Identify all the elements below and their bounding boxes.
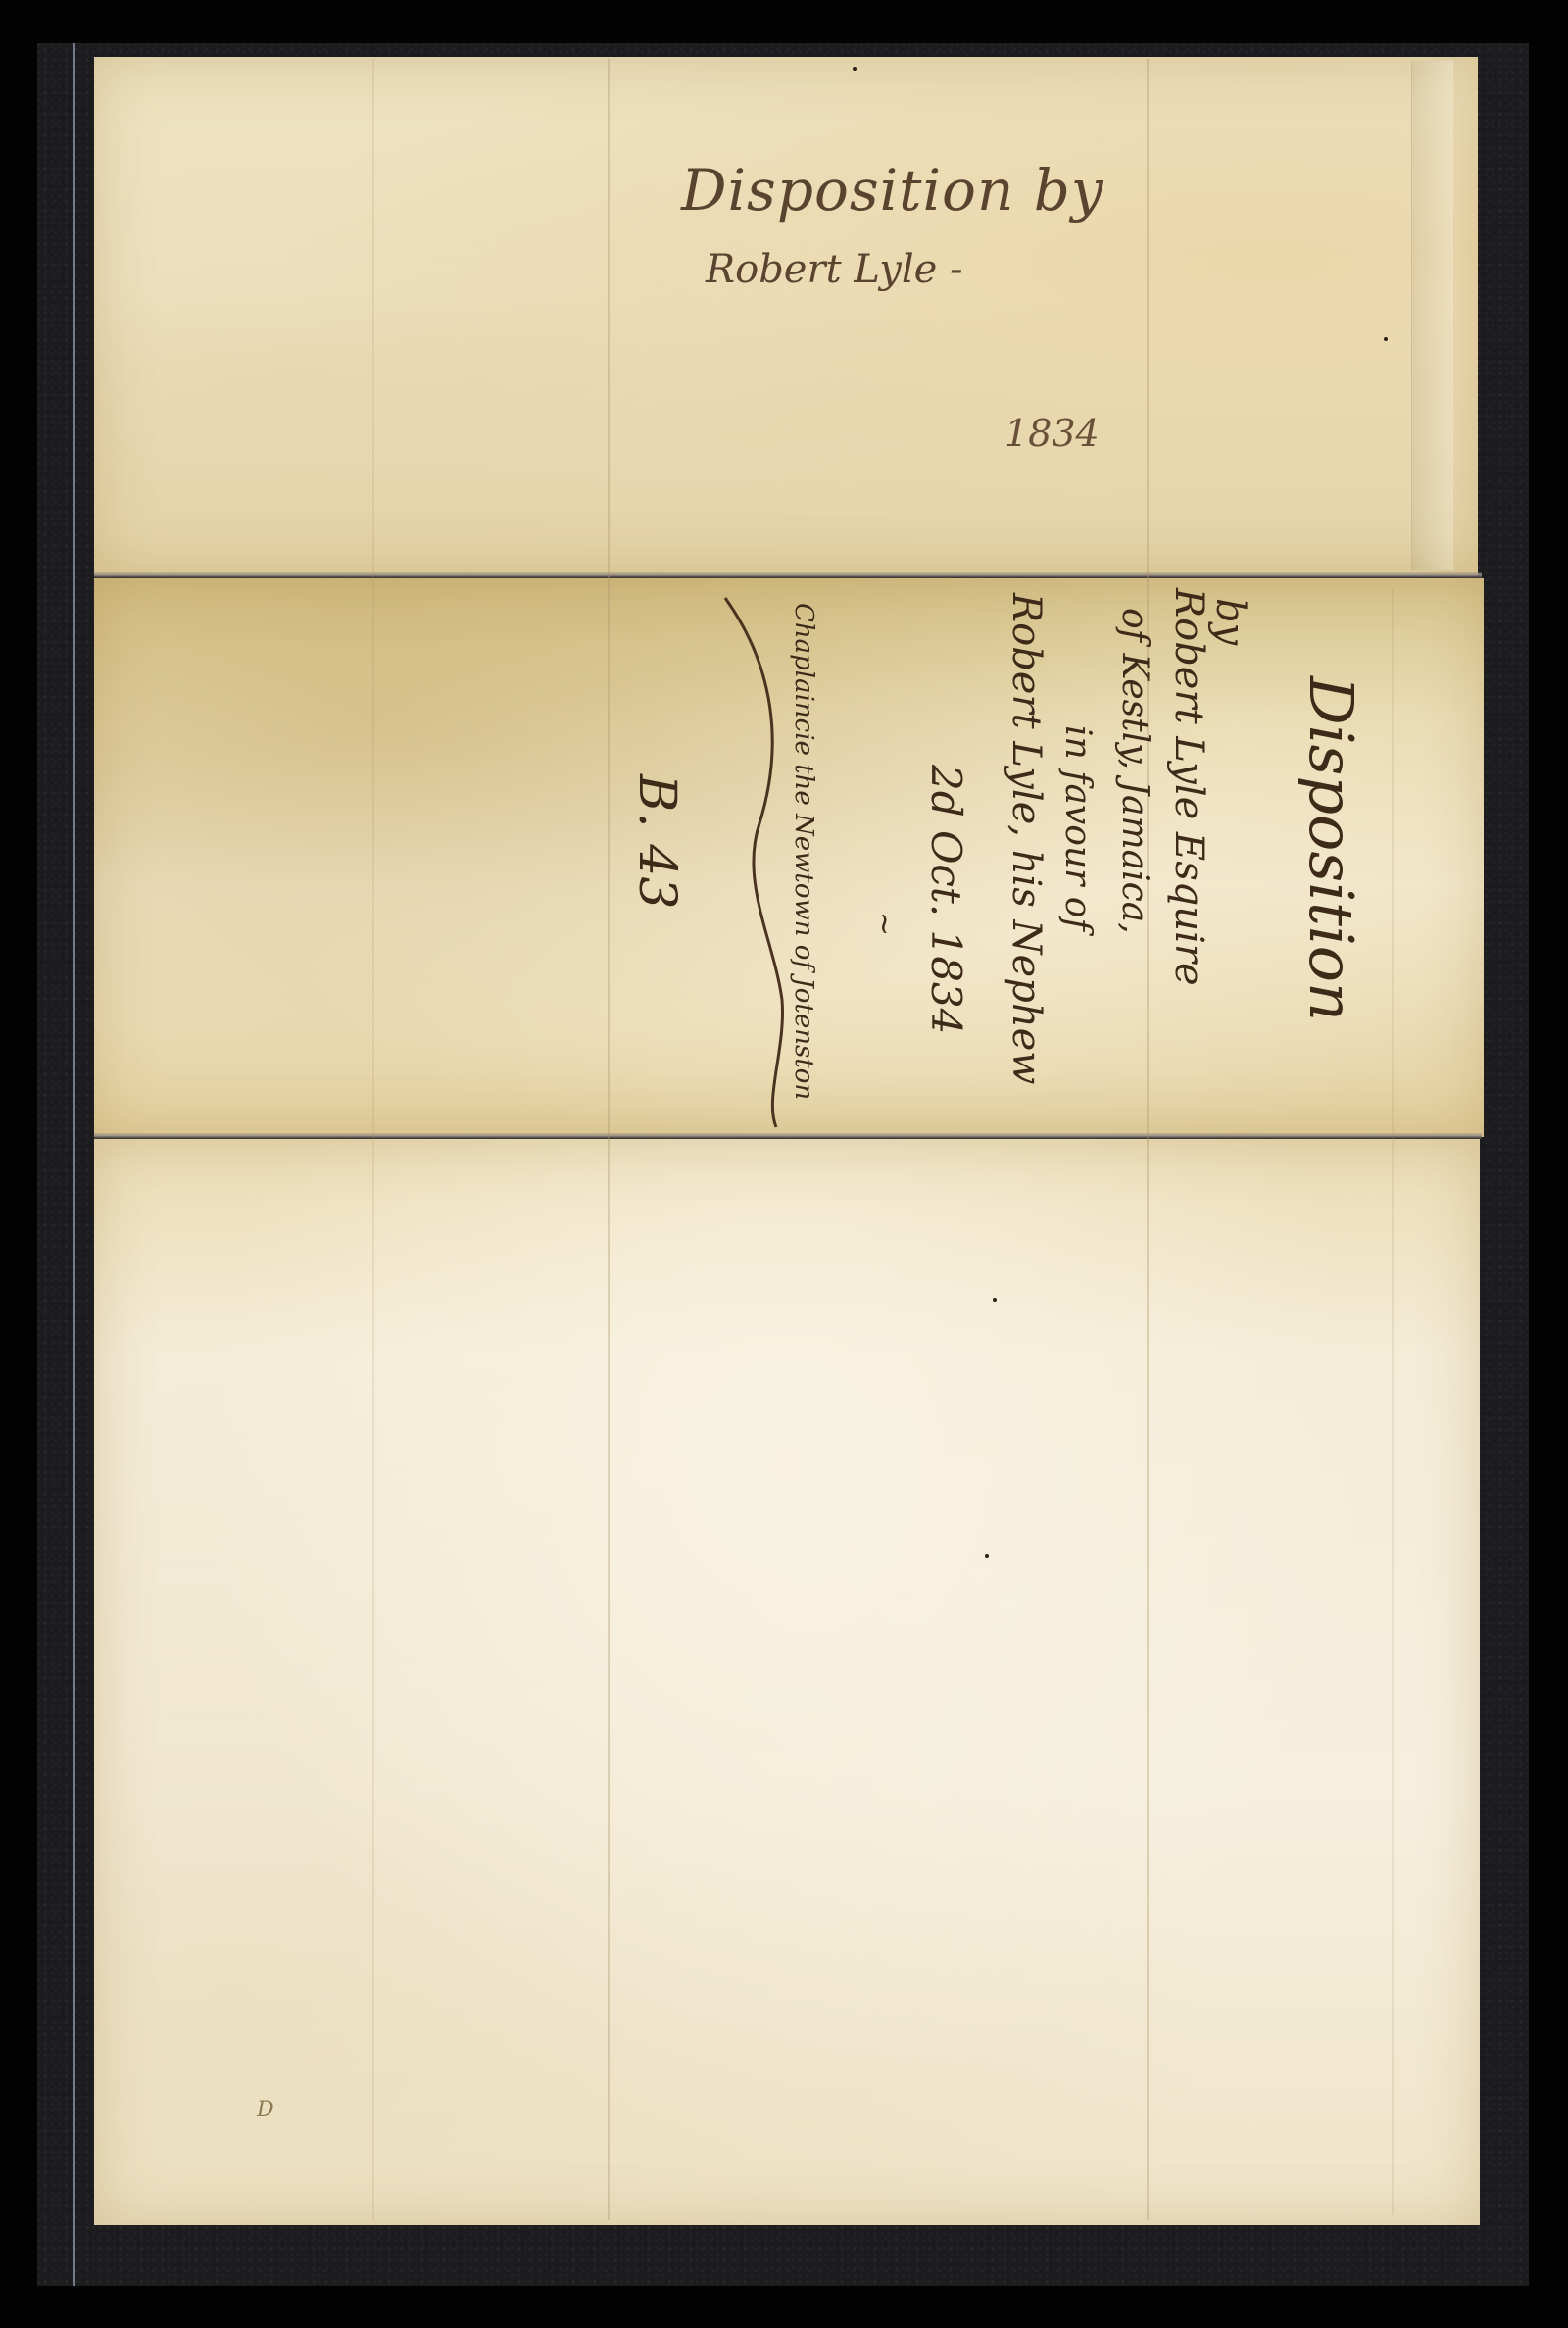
- paper-speck: [985, 1554, 989, 1558]
- paper-speck: [1384, 337, 1388, 341]
- endorsement-heading: Disposition: [1296, 676, 1367, 1021]
- docket-author: Robert Lyle -: [706, 247, 963, 292]
- endorsement-date: 2d Oct. 1834: [922, 765, 970, 1034]
- paper-folded-edge: [1411, 61, 1453, 570]
- vertical-fold-line: [1392, 588, 1394, 2215]
- vertical-fold-line: [1147, 59, 1149, 2220]
- mount-edge-line: [73, 43, 75, 2286]
- paper-speck: [993, 1298, 997, 1302]
- vertical-fold-line: [608, 59, 610, 2220]
- corner-mark: D: [257, 2098, 274, 2122]
- docket-year: 1834: [1004, 412, 1100, 455]
- docket-title: Disposition by: [681, 157, 1104, 223]
- endorsement-line: by: [1207, 598, 1252, 645]
- endorsement-line: of Kestly, Jamaica,: [1114, 608, 1154, 934]
- document-bottom-panel: [94, 1139, 1480, 2225]
- vertical-fold-line: [372, 59, 374, 2220]
- ink-flourish-line: [706, 588, 823, 1137]
- endorsement-line: Robert Lyle, his Nephew: [1004, 593, 1049, 1084]
- endorsement-line: Robert Lyle Esquire: [1166, 588, 1211, 986]
- document-top-panel: [94, 57, 1478, 576]
- reference-mark: B. 43: [627, 774, 686, 909]
- endorsement-flourish: ~: [867, 912, 902, 936]
- paper-speck: [853, 67, 857, 71]
- endorsement-line: in favour of: [1057, 725, 1098, 931]
